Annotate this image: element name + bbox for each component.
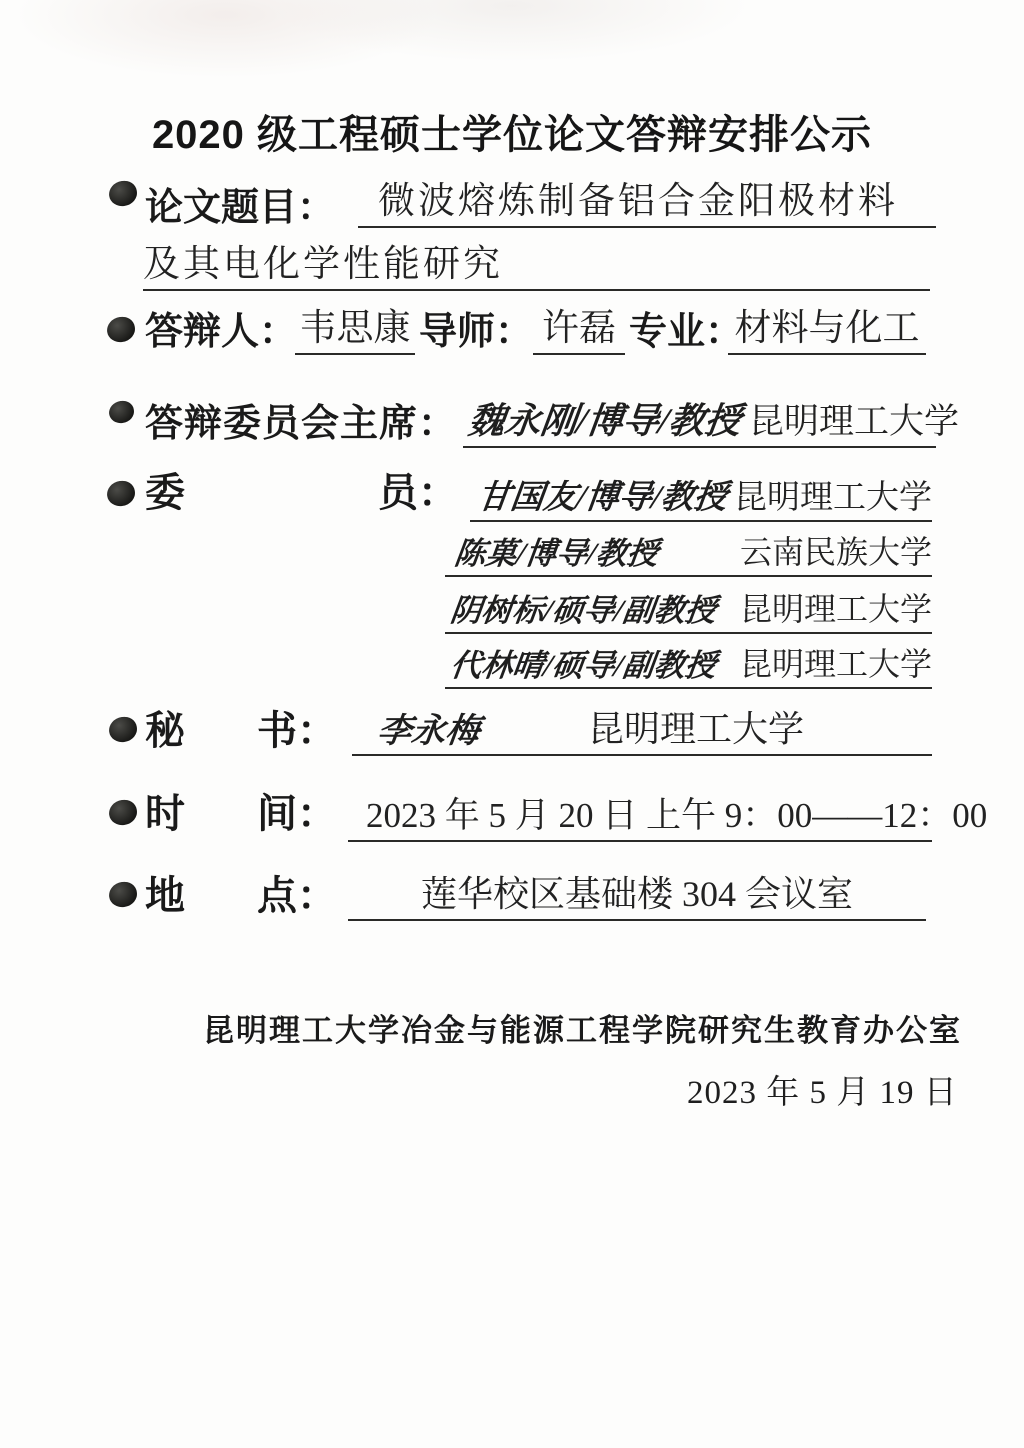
- committee-label: 委 员：: [145, 474, 458, 518]
- major-label: 专业：: [625, 300, 728, 355]
- venue-label-char2: 点：: [257, 864, 337, 921]
- bullet-icon: [105, 479, 136, 508]
- venue-field: 莲华校区基础楼 304 会议室: [348, 875, 926, 921]
- bullet-icon: [108, 399, 136, 424]
- bullet-icon: [107, 179, 138, 208]
- supervisor-label: 导师：: [415, 300, 533, 355]
- time-label: 时 间：: [145, 795, 337, 839]
- chair-label: 答辩委员会主席：: [145, 392, 457, 447]
- venue-value: 莲华校区基础楼 304 会议室: [421, 866, 853, 917]
- time-label-char1: 时: [145, 782, 185, 839]
- bullet-icon: [107, 798, 138, 827]
- committee-member-affiliation: 昆明理工大学: [734, 471, 932, 518]
- committee-label-char2: 员：: [378, 461, 458, 518]
- thesis-title-label: 论文题目：: [145, 176, 335, 231]
- defender-row: 答辩人： 韦思康 导师： 许磊 专业： 材料与化工: [145, 306, 926, 355]
- committee-member-name: 阴树标/硕导/副教授: [448, 585, 719, 630]
- defender-label: 答辩人：: [145, 300, 295, 355]
- defense-announcement-page: 2020 级工程硕士学位论文答辩安排公示 论文题目： 微波熔炼制备铝合金阳极材料…: [0, 0, 1024, 1448]
- thesis-title-line2-field: 及其电化学性能研究: [143, 238, 930, 291]
- thesis-title-line1-field: 微波熔炼制备铝合金阳极材料: [358, 174, 936, 228]
- bullet-icon: [107, 880, 138, 909]
- defender-name: 韦思康: [295, 306, 415, 355]
- committee-member-row: 阴树标/硕导/副教授 昆明理工大学: [445, 598, 932, 634]
- time-value: 2023 年 5 月 20 日 上午 9：00——12：00: [366, 788, 987, 838]
- committee-member-row: 代林晴/硕导/副教授 昆明理工大学: [445, 653, 932, 689]
- bullet-icon: [107, 715, 138, 744]
- thesis-title-line2: 及其电化学性能研究: [143, 233, 503, 287]
- secretary-affiliation: 昆明理工大学: [588, 701, 804, 752]
- chair-affiliation: 昆明理工大学: [749, 394, 959, 444]
- secretary-label-char2: 书：: [257, 699, 337, 756]
- venue-label: 地 点：: [145, 877, 337, 921]
- thesis-title-line1: 微波熔炼制备铝合金阳极材料: [378, 170, 898, 224]
- bullet-icon: [105, 315, 136, 344]
- committee-member-name: 代林晴/硕导/副教授: [448, 640, 719, 685]
- secretary-label: 秘 书：: [145, 712, 337, 756]
- committee-member-name: 甘国友/博导/教授: [475, 471, 730, 518]
- committee-member-affiliation: 昆明理工大学: [740, 639, 932, 685]
- major-value: 材料与化工: [728, 306, 926, 355]
- secretary-label-char1: 秘: [145, 699, 185, 756]
- supervisor-name: 许磊: [533, 306, 625, 355]
- chair-name: 魏永刚/博导/教授: [466, 393, 744, 444]
- time-field: 2023 年 5 月 20 日 上午 9：00——12：00: [348, 795, 932, 842]
- issue-date: 2023 年 5 月 19 日: [687, 1066, 958, 1113]
- committee-member-row: 甘国友/博导/教授 昆明理工大学: [470, 474, 932, 522]
- committee-member-affiliation: 云南民族大学: [740, 527, 932, 573]
- committee-label-char1: 委: [145, 461, 185, 518]
- committee-member-affiliation: 昆明理工大学: [740, 584, 932, 630]
- page-title: 2020 级工程硕士学位论文答辩安排公示: [0, 103, 1024, 160]
- time-label-char2: 间：: [257, 782, 337, 839]
- committee-member-name: 陈菓/博导/教授: [452, 528, 661, 573]
- committee-member-row: 陈菓/博导/教授 云南民族大学: [445, 541, 932, 577]
- issuing-office: 昆明理工大学冶金与能源工程学院研究生教育办公室: [203, 1005, 962, 1050]
- venue-label-char1: 地: [145, 864, 185, 921]
- chair-field: 魏永刚/博导/教授 昆明理工大学: [463, 390, 936, 448]
- secretary-field: 李永梅 昆明理工大学: [352, 711, 932, 756]
- secretary-name: 李永梅: [375, 703, 483, 752]
